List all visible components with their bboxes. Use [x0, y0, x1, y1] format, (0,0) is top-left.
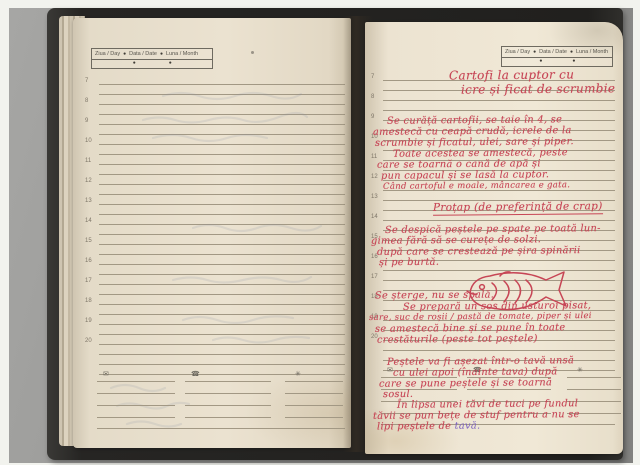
handwritten-text: Se șterge, nu se spală.	[375, 289, 494, 301]
handwritten-line: și pe burtă.	[379, 257, 439, 269]
hour-label: 10	[85, 138, 92, 144]
handwritten-line: lipi peștele de tavă.	[377, 421, 481, 433]
handwritten-text: după care se crestează pe șira spinării	[377, 245, 581, 258]
handwritten-text: crestăturile (peste tot peștele)	[377, 333, 538, 345]
hour-label: 19	[85, 318, 92, 324]
handwritten-line: crestăturile (peste tot peștele)	[377, 333, 538, 345]
handwritten-text: care se pune peștele și se toarnă	[379, 377, 552, 390]
footer-column	[285, 370, 343, 418]
handwritten-line: sosul.	[383, 389, 413, 400]
footer-column	[97, 370, 175, 418]
handwritten-line: sare, suc de roșii / pastă de tomate, pi…	[369, 311, 592, 323]
footer-bottom-line	[97, 428, 345, 429]
day-label: Ziua / Day	[95, 51, 120, 57]
handwritten-text: lipi peștele de	[377, 421, 455, 433]
hour-label: 13	[85, 198, 92, 204]
dot-icon: ●	[169, 60, 172, 66]
hour-label: 12	[85, 178, 92, 184]
handwritten-line: Când cartoful e moale, mâncarea e gata.	[383, 180, 570, 192]
photo-scan: Ziua / Day ● Data / Date ● Luna / Month …	[0, 0, 640, 465]
handwriting: Cartofi la cuptor cuicre și ficat de scr…	[365, 22, 623, 454]
hour-labels: 7891011121314151617181920	[85, 75, 97, 377]
handwritten-text: sosul.	[383, 389, 413, 400]
date-label: Data / Date	[129, 51, 157, 57]
dot-icon: ●	[133, 60, 136, 66]
handwritten-text: Cartofi la cuptor cu	[449, 67, 574, 82]
handwritten-text: Când cartoful e moale, mâncarea e gata.	[383, 180, 570, 192]
right-page: Ziua / Day ● Data / Date ● Luna / Month …	[365, 22, 623, 454]
hour-label: 8	[85, 98, 88, 104]
hour-label: 9	[85, 118, 88, 124]
handwritten-line: după care se crestează pe șira spinării	[377, 245, 581, 258]
dot-icon: ●	[123, 51, 126, 57]
month-label: Luna / Month	[166, 51, 198, 57]
header-labels: Ziua / Day ● Data / Date ● Luna / Month	[92, 49, 212, 60]
handwritten-text: icre și ficat de scrumbie	[461, 81, 615, 96]
handwritten-line: Proțap (de preferință de crap)	[433, 200, 603, 215]
handwritten-text: sare, suc de roșii / pastă de tomate, pi…	[369, 311, 592, 323]
hour-label: 11	[85, 158, 91, 164]
hour-label: 14	[85, 218, 92, 224]
hour-label: 18	[85, 298, 92, 304]
header-dots-row: ● ●	[92, 60, 212, 68]
background-surface: Ziua / Day ● Data / Date ● Luna / Month …	[9, 8, 633, 463]
hour-label: 17	[85, 278, 92, 284]
handwritten-text: tavă.	[455, 421, 481, 432]
hour-label: 20	[85, 338, 92, 344]
handwritten-line: care se pune peștele și se toarnă	[379, 377, 552, 390]
header-box: Ziua / Day ● Data / Date ● Luna / Month …	[91, 48, 213, 69]
dot-icon: ●	[160, 51, 163, 57]
ink-speck	[251, 51, 254, 54]
hour-label: 7	[85, 78, 88, 84]
handwritten-text: Proțap (de preferință de crap)	[433, 200, 603, 213]
handwritten-line: Se șterge, nu se spală.	[375, 289, 494, 301]
hour-label: 15	[85, 238, 92, 244]
footer-column	[185, 370, 271, 418]
handwritten-line: icre și ficat de scrumbie	[461, 81, 615, 96]
left-page: Ziua / Day ● Data / Date ● Luna / Month …	[73, 18, 351, 448]
handwritten-line: Cartofi la cuptor cu	[449, 67, 574, 82]
handwritten-text: și pe burtă.	[379, 257, 439, 269]
hour-label: 16	[85, 258, 92, 264]
